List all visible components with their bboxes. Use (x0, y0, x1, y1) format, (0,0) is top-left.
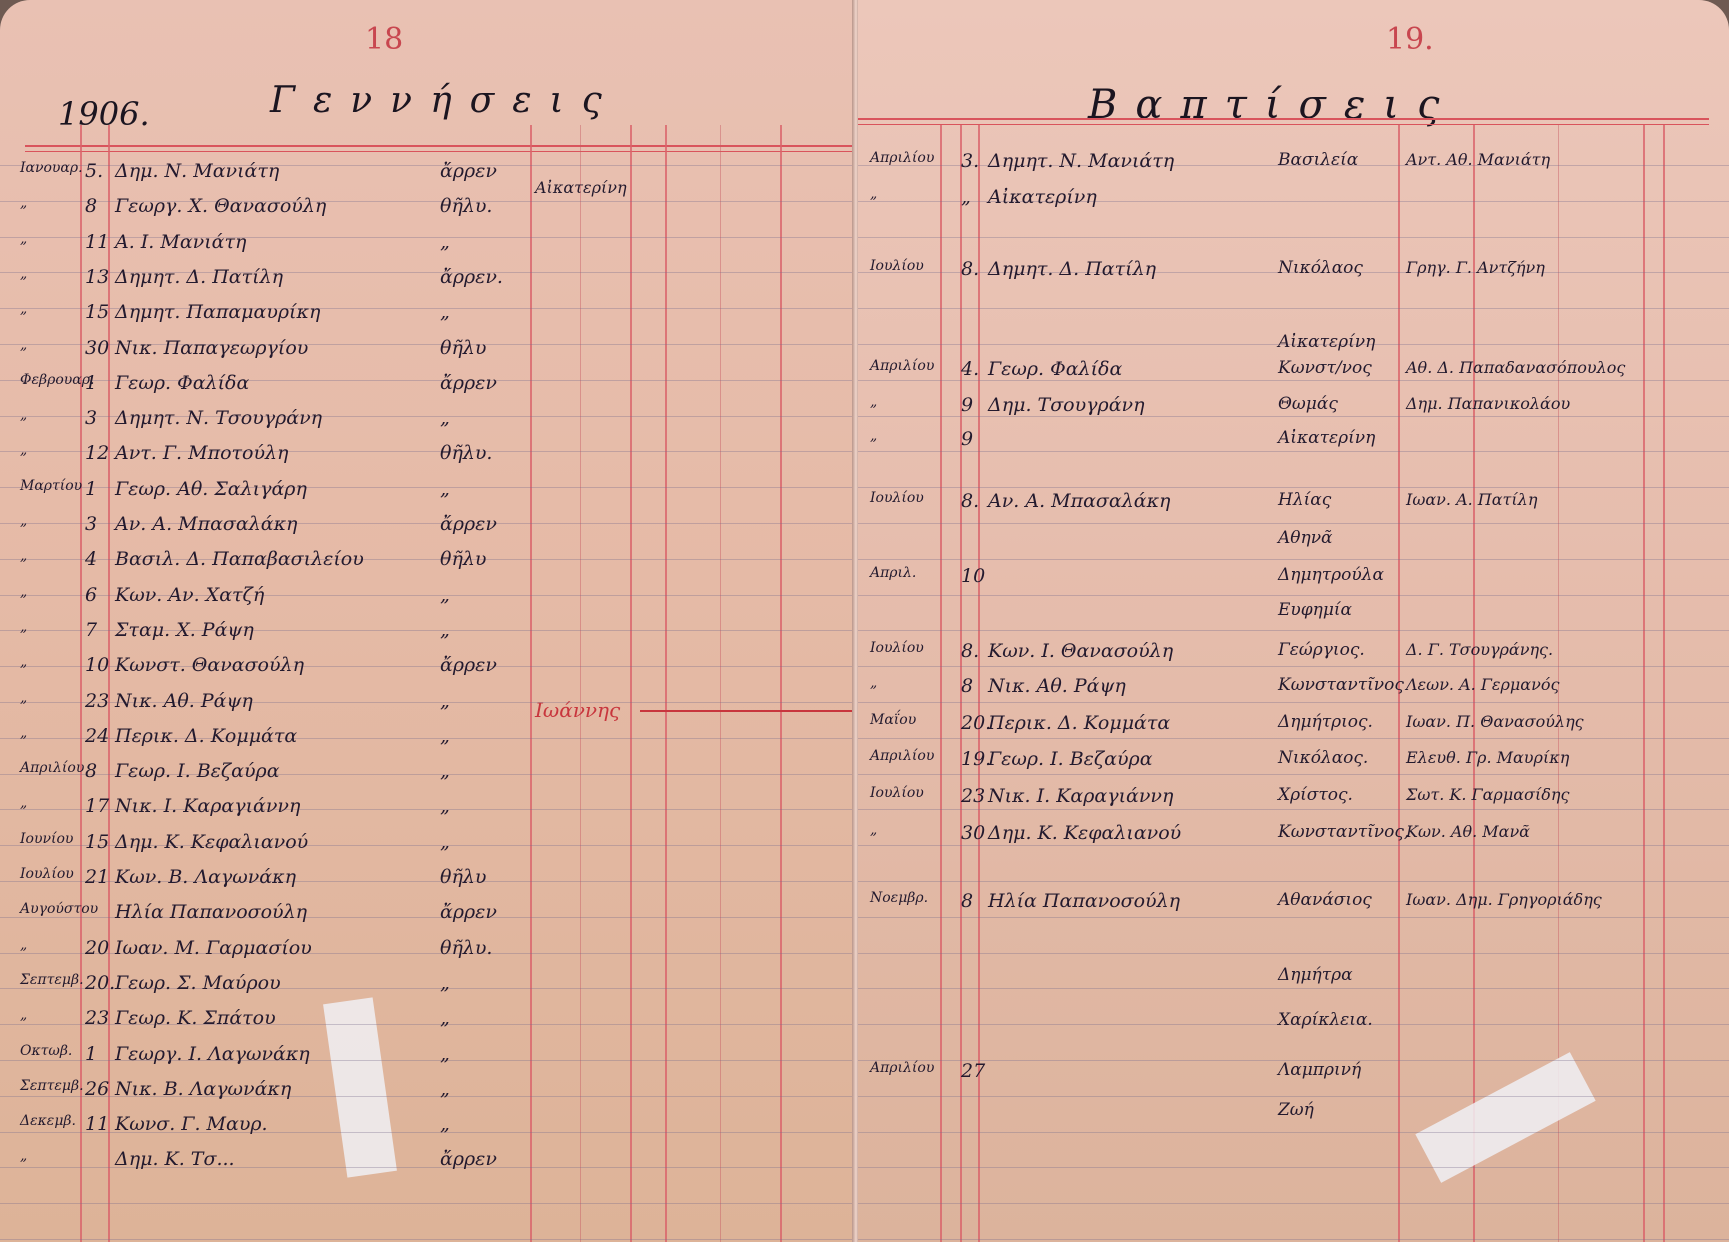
birth-father-name: Α. Ι. Μανιάτη (115, 231, 246, 253)
baptism-day: 30 (961, 822, 985, 844)
baptism-parent-name: Κων. Ι. Θανασούλη (988, 640, 1173, 662)
birth-month: „ (20, 337, 27, 353)
birth-day: 17 (85, 795, 109, 817)
birth-day: 6 (85, 584, 97, 606)
right-page-baptisms: 19. Βαπτίσεις Απριλίου3.Δημητ. Ν. Μανιάτ… (858, 0, 1729, 1242)
baptism-month: Ιουλίου (870, 490, 924, 506)
column-rule (630, 125, 632, 1242)
birth-father-name: Κων. Β. Λαγωνάκη (115, 866, 296, 888)
ruled-line (0, 1239, 855, 1240)
birth-day: 1 (85, 1043, 97, 1065)
birth-month: Δεκεμβ. (20, 1113, 76, 1129)
birth-day: 11 (85, 1113, 109, 1135)
baptism-godparent-name: Αντ. Αθ. Μανιάτη (1406, 150, 1550, 169)
birth-father-name: Δημ. Κ. Κεφαλιανού (115, 831, 308, 853)
birth-month: Ιουνίου (20, 831, 73, 847)
birth-sex: „ (440, 407, 450, 429)
baptism-child-name: Βασιλεία (1278, 150, 1358, 170)
baptism-month: Απριλ. (870, 565, 916, 581)
birth-sex: „ (440, 1078, 450, 1100)
birth-day: 15 (85, 831, 109, 853)
baptism-month: Ιουλίου (870, 640, 924, 656)
birth-sex: ἄρρεν. (440, 266, 503, 288)
birth-month: „ (20, 584, 27, 600)
baptism-month: Απριλίου (870, 358, 934, 374)
ruled-line (858, 702, 1729, 703)
header-rule-thin (25, 151, 855, 152)
page-title-baptisms: Βαπτίσεις (1088, 82, 1457, 128)
birth-month: „ (20, 548, 27, 564)
birth-father-name: Δημητ. Ν. Τσουγράνη (115, 407, 322, 429)
baptism-day: 3. (961, 150, 979, 172)
ruled-line (858, 630, 1729, 631)
baptism-day: 27 (961, 1060, 985, 1082)
birth-day: 8 (85, 760, 97, 782)
birth-father-name: Ιωαν. Μ. Γαρμασίου (115, 937, 312, 959)
grid-rule (580, 125, 581, 1242)
baptism-godparent-name: Αθ. Δ. Παπαδανασόπουλος (1406, 358, 1625, 377)
ruled-line (858, 1239, 1729, 1240)
baptism-parent-name: Νικ. Αθ. Ράψη (988, 675, 1126, 697)
birth-month: „ (20, 654, 27, 670)
birth-month: Απριλίου (20, 760, 84, 776)
baptism-child-name: Ευφημία (1278, 600, 1352, 620)
birth-sex: „ (440, 795, 450, 817)
birth-father-name: Νικ. Ι. Καραγιάννη (115, 795, 300, 817)
baptism-child-name: Γεώργιος. (1278, 640, 1365, 660)
baptism-month: „ (870, 428, 877, 444)
birth-father-name: Ηλία Παπανοσούλη (115, 901, 307, 923)
birth-sex: „ (440, 619, 450, 641)
page-number-right: 19. (1386, 22, 1434, 57)
birth-month: „ (20, 231, 27, 247)
birth-father-name: Δημητ. Παπαμαυρίκη (115, 301, 320, 323)
baptism-day: 8. (961, 640, 979, 662)
baptism-day: 9 (961, 428, 973, 450)
birth-father-name: Κων. Αν. Χατζή (115, 584, 264, 606)
baptism-month: „ (870, 186, 877, 202)
baptism-child-name: Χαρίκλεια. (1278, 1010, 1373, 1030)
ruled-line (858, 1167, 1729, 1168)
baptism-godparent-name: Γρηγ. Γ. Αντζήνη (1406, 258, 1545, 277)
birth-month: „ (20, 266, 27, 282)
birth-month: Οκτωβ. (20, 1043, 72, 1059)
page-title-births: Γεννήσεις (270, 80, 620, 121)
birth-sex: „ (440, 831, 450, 853)
ruled-line (858, 738, 1729, 739)
birth-father-name: Νικ. Β. Λαγωνάκη (115, 1078, 291, 1100)
column-rule (1663, 125, 1665, 1242)
baptism-child-name: Δημητρούλα (1278, 565, 1384, 585)
baptism-parent-name: Αν. Α. Μπασαλάκη (988, 490, 1170, 512)
column-rule (530, 125, 532, 1242)
birth-month: Αυγούστου (20, 901, 98, 917)
baptism-parent-name: Δημ. Τσουγράνη (988, 394, 1144, 416)
baptism-godparent-name: Δ. Γ. Τσουγράνης. (1406, 640, 1553, 659)
baptism-month: „ (870, 394, 877, 410)
birth-day: 20 (85, 937, 109, 959)
birth-day: 8 (85, 195, 97, 217)
baptism-parent-name: Γεωρ. Φαλίδα (988, 358, 1122, 380)
birth-father-name: Κωνστ. Θανασούλη (115, 654, 304, 676)
baptism-parent-name: Γεωρ. Ι. Βεζαύρα (988, 748, 1153, 770)
birth-sex: „ (440, 584, 450, 606)
birth-sex: „ (440, 478, 450, 500)
ruled-line (858, 237, 1729, 238)
column-rule (665, 125, 667, 1242)
birth-father-name: Δημ. Κ. Τσ... (115, 1148, 235, 1170)
birth-father-name: Γεωργ. Ι. Λαγωνάκη (115, 1043, 310, 1065)
birth-day: 1 (85, 372, 97, 394)
birth-father-name: Βασιλ. Δ. Παπαβασιλείου (115, 548, 364, 570)
baptism-parent-name: Περικ. Δ. Κομμάτα (988, 712, 1170, 734)
baptism-child-name: Αθηνᾶ (1278, 528, 1333, 548)
birth-father-name: Αν. Α. Μπασαλάκη (115, 513, 297, 535)
ruled-line (858, 1203, 1729, 1204)
birth-sex: „ (440, 231, 450, 253)
baptism-child-name: Νικόλαος (1278, 258, 1363, 278)
birth-day: 3 (85, 407, 97, 429)
baptism-child-name: Αἰκατερίνη (1278, 428, 1375, 448)
ruled-line (858, 988, 1729, 989)
baptism-day: „ (961, 186, 971, 208)
column-rule (80, 125, 82, 1242)
birth-month: „ (20, 1007, 27, 1023)
birth-month: Ιανουαρ. (20, 160, 83, 176)
baptism-day: 8 (961, 890, 973, 912)
birth-sex: ἄρρεν (440, 513, 497, 535)
column-rule (780, 125, 782, 1242)
birth-father-name: Κωνσ. Γ. Μαυρ. (115, 1113, 268, 1135)
column-rule (1643, 125, 1645, 1242)
baptism-child-name: Ζωή (1278, 1100, 1314, 1120)
birth-sex: ἄρρεν (440, 160, 497, 182)
baptism-godparent-name: Ιωαν. Π. Θανασούλης (1406, 712, 1584, 731)
baptism-godparent-name: Ιωαν. Α. Πατίλη (1406, 490, 1537, 509)
ruled-line (858, 487, 1729, 488)
baptism-child-name: Θωμάς (1278, 394, 1338, 414)
birth-father-name: Περικ. Δ. Κομμάτα (115, 725, 297, 747)
birth-sex: „ (440, 1113, 450, 1135)
baptism-child-name: Χρίστος. (1278, 785, 1353, 805)
birth-father-name: Γεωρ. Αθ. Σαλιγάρη (115, 478, 307, 500)
baptism-day: 23 (961, 785, 985, 807)
birth-sex: „ (440, 690, 450, 712)
baptism-godparent-name: Ιωαν. Δημ. Γρηγοριάδης (1406, 890, 1602, 909)
header-rule-thin (858, 124, 1709, 125)
birth-day: 23 (85, 1007, 109, 1029)
baptism-parent-name: Δημητ. Δ. Πατίλη (988, 258, 1156, 280)
baptism-child-name: Νικόλαος. (1278, 748, 1368, 768)
baptism-day: 4. (961, 358, 979, 380)
ruled-line (858, 559, 1729, 560)
birth-sex: θῆλυ. (440, 442, 492, 464)
birth-sex: „ (440, 1043, 450, 1065)
birth-father-name: Γεωρ. Ι. Βεζαύρα (115, 760, 280, 782)
baptism-month: Νοεμβρ. (870, 890, 928, 906)
birth-sex: „ (440, 301, 450, 323)
birth-day: 13 (85, 266, 109, 288)
baptism-day: 20. (961, 712, 991, 734)
baptism-month: „ (870, 675, 877, 691)
baptism-child-name: Κωνσταντῖνος, (1278, 822, 1409, 842)
ruled-line (858, 953, 1729, 954)
birth-day: 20. (85, 972, 115, 994)
birth-father-name: Νικ. Παπαγεωργίου (115, 337, 308, 359)
baptism-day: 9 (961, 394, 973, 416)
birth-day: 12 (85, 442, 109, 464)
birth-sex: „ (440, 972, 450, 994)
birth-sex: „ (440, 1007, 450, 1029)
baptism-day: 8. (961, 258, 979, 280)
birth-month: Μαρτίου (20, 478, 82, 494)
birth-month: „ (20, 690, 27, 706)
birth-day: 23 (85, 690, 109, 712)
cross-reference-arrow (640, 710, 855, 712)
baptism-month: Ιουλίου (870, 785, 924, 801)
baptism-parent-name: Νικ. Ι. Καραγιάννη (988, 785, 1173, 807)
birth-father-name: Γεωρ. Φαλίδα (115, 372, 249, 394)
birth-day: 4 (85, 548, 97, 570)
birth-day: 10 (85, 654, 109, 676)
baptism-child-name: Ηλίας (1278, 490, 1331, 510)
birth-father-name: Δημ. Ν. Μανιάτη (115, 160, 279, 182)
birth-month: „ (20, 1148, 27, 1164)
ruled-line (858, 774, 1729, 775)
baptism-child-name: Δημήτρα (1278, 965, 1353, 985)
baptism-day: 8. (961, 490, 979, 512)
birth-month: „ (20, 619, 27, 635)
birth-father-name: Αντ. Γ. Μποτούλη (115, 442, 288, 464)
ruled-line (0, 1203, 855, 1204)
birth-day: 7 (85, 619, 97, 641)
ruled-line (858, 881, 1729, 882)
birth-month: Σεπτεμβ. (20, 1078, 84, 1094)
birth-month: „ (20, 795, 27, 811)
baptism-day: 19. (961, 748, 991, 770)
ruled-line (858, 1096, 1729, 1097)
birth-father-name: Νικ. Αθ. Ράψη (115, 690, 253, 712)
birth-month: „ (20, 195, 27, 211)
birth-month: Φεβρουαρ. (20, 372, 94, 388)
birth-sex: θῆλυ (440, 866, 486, 888)
birth-day: 15 (85, 301, 109, 323)
baptism-godparent-name: Κων. Αθ. Μανᾶ (1406, 822, 1530, 841)
ruled-line (858, 666, 1729, 667)
baptism-child-name: Αἰκατερίνη (1278, 332, 1375, 352)
birth-day: 1 (85, 478, 97, 500)
birth-month: „ (20, 301, 27, 317)
baptism-month: Απριλίου (870, 1060, 934, 1076)
birth-month: „ (20, 407, 27, 423)
ruled-line (858, 845, 1729, 846)
birth-sex: θῆλυ. (440, 195, 492, 217)
register-year: 1906. (58, 95, 150, 133)
birth-sex: ἄρρεν (440, 372, 497, 394)
birth-month: Ιουλίου (20, 866, 74, 882)
tape-strip (1415, 1052, 1595, 1183)
baptism-month: Μαΐου (870, 712, 916, 728)
birth-month: Σεπτεμβ. (20, 972, 84, 988)
birth-day: 5. (85, 160, 103, 182)
birth-sex: ἄρρεν (440, 901, 497, 923)
baptism-godparent-name: Ελευθ. Γρ. Μαυρίκη (1406, 748, 1569, 767)
ruled-line (858, 308, 1729, 309)
birth-day: 26 (85, 1078, 109, 1100)
birth-father-name: Γεωρ. Σ. Μαύρου (115, 972, 281, 994)
birth-sex: „ (440, 725, 450, 747)
birth-sex: θῆλυ. (440, 937, 492, 959)
birth-sex: „ (440, 760, 450, 782)
ruled-line (858, 1132, 1729, 1133)
page-number-left: 18 (365, 22, 403, 57)
birth-month: „ (20, 725, 27, 741)
baptism-month: Ιουλίου (870, 258, 924, 274)
birth-sex: ἄρρεν (440, 1148, 497, 1170)
baptism-godparent-name: Σωτ. Κ. Γαρμασίδης (1406, 785, 1569, 804)
baptism-godparent-name: Δημ. Παπανικολάου (1406, 394, 1570, 413)
baptism-parent-name: Δημητ. Ν. Μανιάτη (988, 150, 1174, 172)
baptism-child-name: Λαμπρινή (1278, 1060, 1361, 1080)
baptism-day: 10 (961, 565, 985, 587)
baptism-day: 8 (961, 675, 973, 697)
baptism-month: Απριλίου (870, 150, 934, 166)
ledger-spread: 18 1906. Γεννήσεις Ιωάννης Αἰκατερίνη Ια… (0, 0, 1729, 1242)
ruled-line (858, 917, 1729, 918)
baptism-parent-name: Ηλία Παπανοσούλη (988, 890, 1180, 912)
header-rule (858, 118, 1709, 120)
left-page-births: 18 1906. Γεννήσεις Ιωάννης Αἰκατερίνη Ια… (0, 0, 855, 1242)
grid-rule (720, 125, 721, 1242)
baptism-child-name: Κωνστ/νος (1278, 358, 1372, 378)
ruled-line (858, 595, 1729, 596)
birth-sex: θῆλυ (440, 337, 486, 359)
birth-month: „ (20, 513, 27, 529)
baptism-child-name: Κωνσταντῖνος (1278, 675, 1404, 695)
baptism-parent-name: Δημ. Κ. Κεφαλιανού (988, 822, 1181, 844)
ruled-line (858, 523, 1729, 524)
birth-father-name: Δημητ. Δ. Πατίλη (115, 266, 283, 288)
baptism-godparent-name: Λεων. Α. Γερμανός (1406, 675, 1559, 694)
header-rule (25, 145, 855, 147)
column-rule (940, 125, 942, 1242)
ruled-line (858, 809, 1729, 810)
margin-note-aikaterini: Αἰκατερίνη (535, 178, 627, 197)
birth-father-name: Γεωρ. Κ. Σπάτου (115, 1007, 276, 1029)
birth-day: 3 (85, 513, 97, 535)
birth-day: 30 (85, 337, 109, 359)
birth-day: 24 (85, 725, 109, 747)
baptism-child-name: Αθανάσιος (1278, 890, 1372, 910)
baptism-child-name: Δημήτριος. (1278, 712, 1373, 732)
baptism-month: „ (870, 822, 877, 838)
column-rule (108, 125, 110, 1242)
ruled-line (858, 451, 1729, 452)
birth-day: 11 (85, 231, 109, 253)
birth-day: 21 (85, 866, 109, 888)
birth-sex: θῆλυ (440, 548, 486, 570)
birth-father-name: Σταμ. Χ. Ράψη (115, 619, 254, 641)
birth-sex: ἄρρεν (440, 654, 497, 676)
birth-month: „ (20, 442, 27, 458)
baptism-month: Απριλίου (870, 748, 934, 764)
baptism-parent-name: Αἰκατερίνη (988, 186, 1097, 208)
birth-father-name: Γεωργ. Χ. Θανασούλη (115, 195, 326, 217)
birth-month: „ (20, 937, 27, 953)
